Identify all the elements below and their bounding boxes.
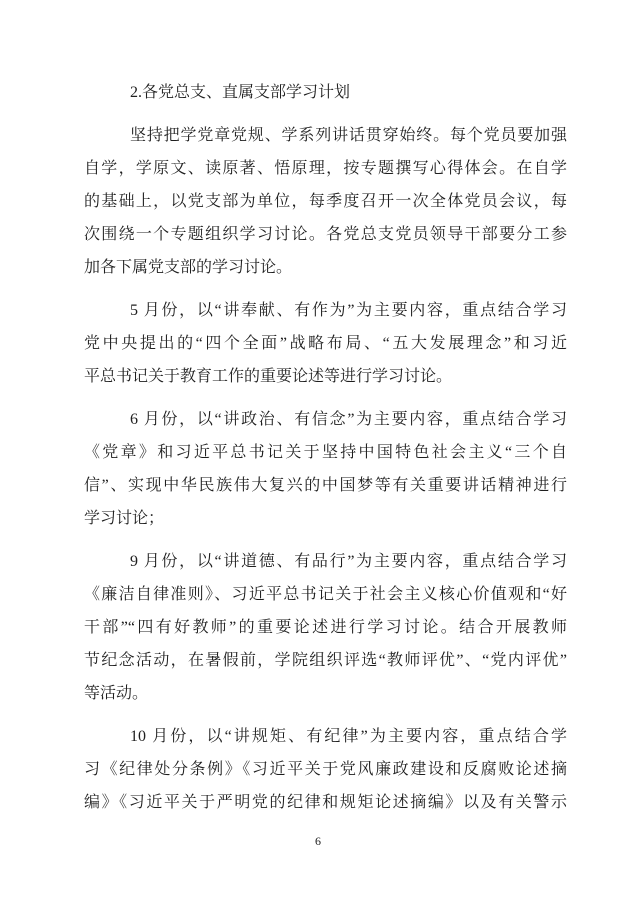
text-line: 《党章》和习近平总书记关于坚持中国特色社会主义“三个自 [84, 436, 567, 469]
text-line: 次围绕一个专题组织学习讨论。各党总支党员领导干部要分工参 [84, 218, 567, 251]
text-line: 6 月份，以“讲政治、有信念”为主要内容，重点结合学习 [84, 403, 567, 436]
document-page: 2.各党总支、直属支部学习计划 坚持把学党章党规、学系列讲话贯穿始终。每个党员要… [0, 0, 636, 900]
page-number: 6 [0, 834, 636, 849]
text-line: 加各下属党支部的学习讨论。 [84, 251, 567, 284]
text-line: 信”、实现中华民族伟大复兴的中国梦等有关重要讲话精神进行 [84, 469, 567, 502]
text-line: 习《纪律处分条例》《习近平关于党风廉政建设和反腐败论述摘 [84, 753, 567, 786]
text-line: 坚持把学党章党规、学系列讲话贯穿始终。每个党员要加强 [84, 119, 567, 152]
paragraph: 6 月份，以“讲政治、有信念”为主要内容，重点结合学习 《党章》和习近平总书记关… [84, 403, 567, 535]
text-line: 平总书记关于教育工作的重要论述等进行学习讨论。 [84, 360, 567, 393]
text-line: 学习讨论； [84, 502, 567, 535]
paragraph: 5 月份，以“讲奉献、有作为”为主要内容，重点结合学习 党中央提出的“四个全面”… [84, 294, 567, 393]
text-line: 等活动。 [84, 677, 567, 710]
text-line: 9 月份，以“讲道德、有品行”为主要内容，重点结合学习 [84, 545, 567, 578]
document-body: 2.各党总支、直属支部学习计划 坚持把学党章党规、学系列讲话贯穿始终。每个党员要… [84, 76, 567, 819]
text-line: 自学，学原文、读原著、悟原理，按专题撰写心得体会。在自学 [84, 152, 567, 185]
paragraph: 9 月份，以“讲道德、有品行”为主要内容，重点结合学习 《廉洁自律准则》、习近平… [84, 545, 567, 710]
section-heading: 2.各党总支、直属支部学习计划 [84, 76, 567, 109]
text-line: 编》《习近平关于严明党的纪律和规矩论述摘编》以及有关警示 [84, 786, 567, 819]
text-line: 10 月份，以“讲规矩、有纪律”为主要内容，重点结合学 [84, 720, 567, 753]
paragraph: 10 月份，以“讲规矩、有纪律”为主要内容，重点结合学 习《纪律处分条例》《习近… [84, 720, 567, 819]
text-line: 《廉洁自律准则》、习近平总书记关于社会主义核心价值观和“好 [84, 578, 567, 611]
text-line: 5 月份，以“讲奉献、有作为”为主要内容，重点结合学习 [84, 294, 567, 327]
text-line: 干部”“四有好教师”的重要论述进行学习讨论。结合开展教师 [84, 611, 567, 644]
text-line: 节纪念活动，在暑假前，学院组织评选“教师评优”、“党内评优” [84, 644, 567, 677]
text-line: 党中央提出的“四个全面”战略布局、“五大发展理念”和习近 [84, 327, 567, 360]
text-line: 的基础上，以党支部为单位，每季度召开一次全体党员会议，每 [84, 185, 567, 218]
paragraph: 坚持把学党章党规、学系列讲话贯穿始终。每个党员要加强 自学，学原文、读原著、悟原… [84, 119, 567, 284]
